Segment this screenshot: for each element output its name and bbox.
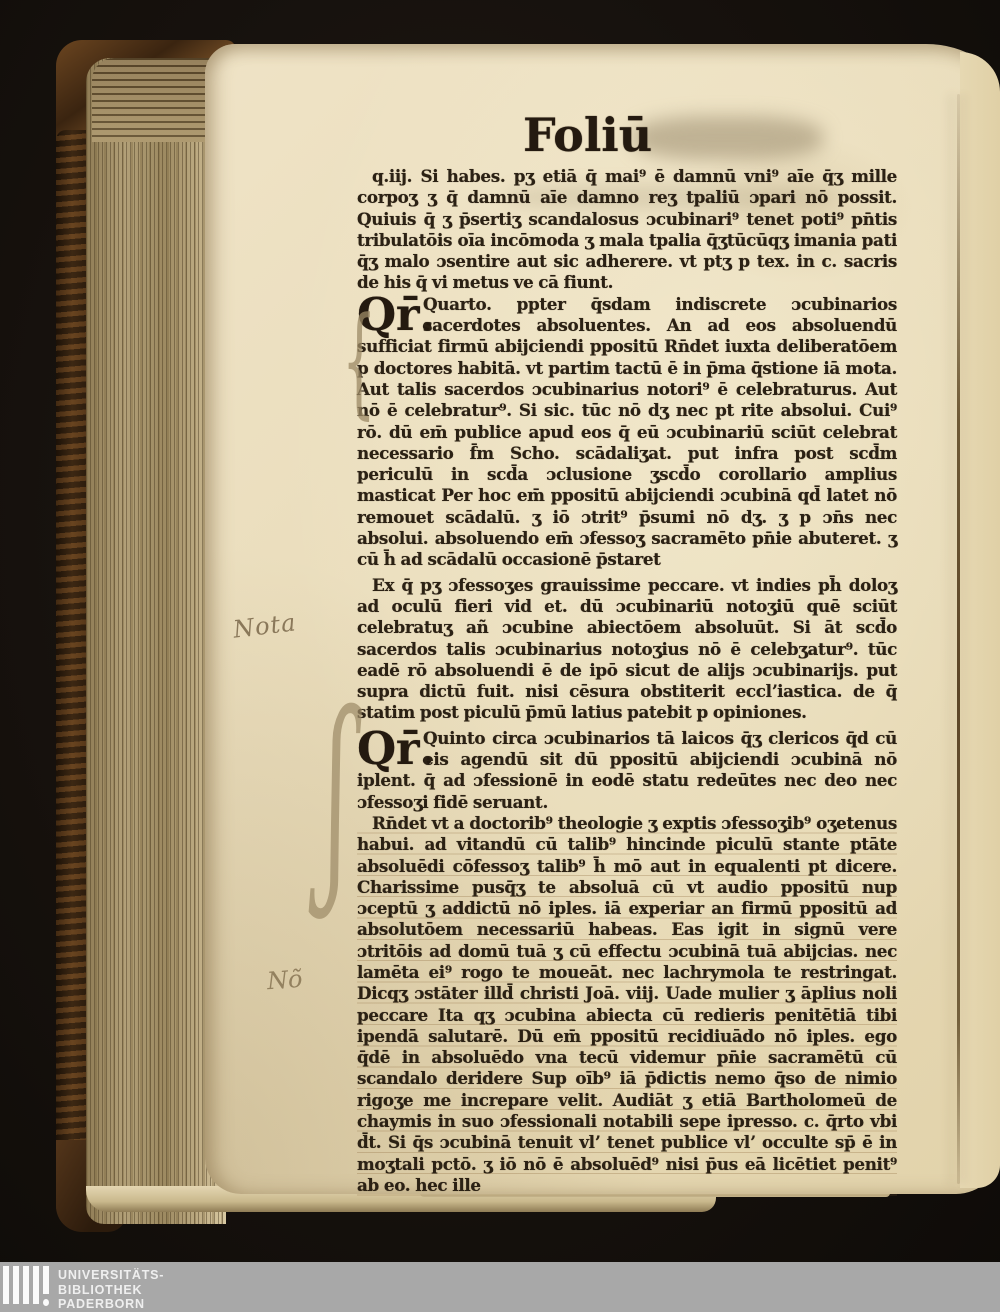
logo-bar (33, 1266, 39, 1304)
logo-bar-exclamation (43, 1266, 49, 1294)
ink-show-through (633, 116, 823, 160)
running-title: Foliū (523, 108, 652, 162)
drop-initial: Qr̄. (357, 731, 417, 767)
paragraph-quinto: Qr̄.Quinto circa ɔcubinarios tā laicos q… (357, 728, 897, 813)
scan-photo: { "header": { "title": "Foliū" }, "page_… (0, 0, 1000, 1312)
logo-bar (23, 1266, 29, 1304)
margin-brace-mark: { (342, 301, 377, 422)
paragraph-quinto-text: Quinto circa ɔcubinarios tā laicos q̄ʒ c… (357, 728, 897, 812)
handwritten-no-mark: Nõ (266, 965, 303, 995)
logo-bar (13, 1266, 19, 1304)
page-fold-crease (957, 94, 960, 1184)
logo-bar-dot (43, 1299, 49, 1306)
paragraph-continuation: q.iij. Si habes. pʒ etiā q̄ mai⁹ ē damnū… (357, 166, 897, 294)
paragraph-ex-quo: Ex q̄ pʒ ɔfessoʒes grauissime peccare. v… (357, 575, 897, 724)
book-page: Foliū q.iij. Si habes. pʒ etiā q̄ mai⁹ ē… (205, 44, 1000, 1194)
handwritten-nota: Nota (232, 608, 298, 644)
library-banner: UNIVERSITÄTS- BIBLIOTHEK PADERBORN (0, 1262, 1000, 1312)
paragraph-quarto-text: Quarto. ppter q̄sdam indiscrete ɔcubinar… (357, 294, 897, 570)
library-name-line3: PADERBORN (58, 1297, 164, 1312)
library-name-line2: BIBLIOTHEK (58, 1283, 164, 1298)
paragraph-response: Rn̄det vt a doctorib⁹ theologie ʒ exptis… (357, 813, 897, 1196)
margin-long-stroke-mark: ʃ (325, 684, 349, 904)
adjacent-page-edge (960, 52, 1000, 1188)
library-name: UNIVERSITÄTS- BIBLIOTHEK PADERBORN (58, 1268, 164, 1312)
text-column: q.iij. Si habes. pʒ etiā q̄ mai⁹ ē damnū… (357, 166, 897, 1196)
paragraph-quarto: Qr̄.Quarto. ppter q̄sdam indiscrete ɔcub… (357, 294, 897, 571)
library-logo-icon (3, 1266, 55, 1312)
library-name-line1: UNIVERSITÄTS- (58, 1268, 164, 1283)
logo-bar (3, 1266, 9, 1304)
